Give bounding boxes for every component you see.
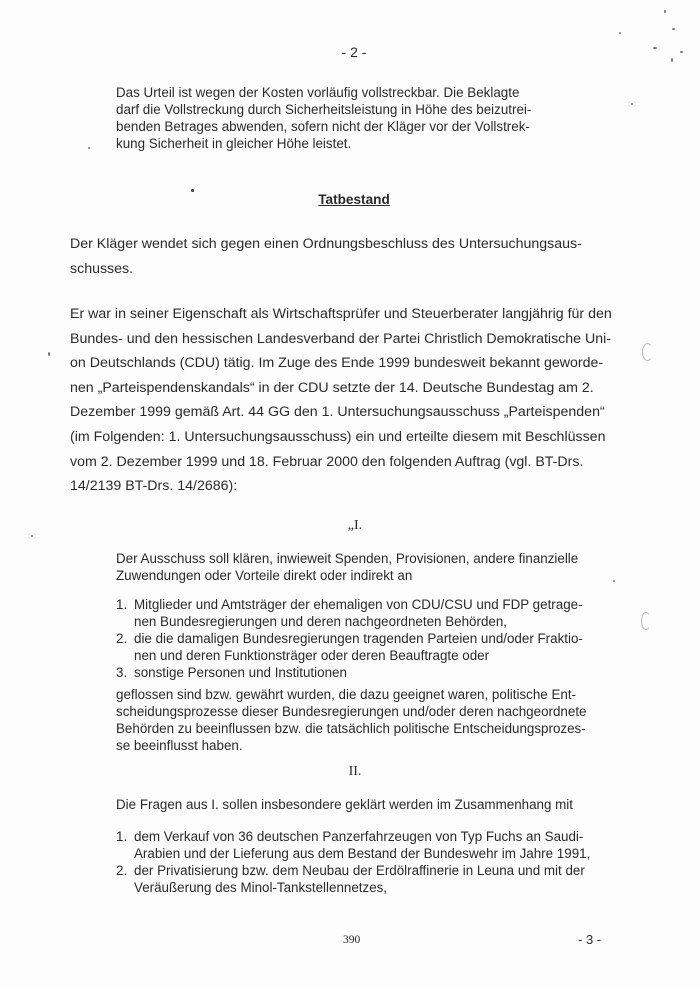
list-item: 3. sonstige Personen und Institutionen [116, 664, 616, 681]
paragraph-line: Der Kläger wendet sich gegen einen Ordnu… [70, 232, 630, 257]
intro-line: benden Betrages abwenden, sofern nicht d… [116, 118, 616, 135]
paragraph-line: nen „Parteispendenskandals“ in der CDU s… [70, 376, 630, 401]
paragraph-line: 14/2139 BT-Drs. 14/2686): [70, 474, 630, 499]
scan-speck [619, 32, 621, 34]
scan-speck [631, 103, 633, 105]
list-item-line: Veräußerung des Minol-Tankstellennetzes, [134, 879, 616, 896]
intro-line: kung Sicherheit in gleicher Höhe leistet… [116, 135, 616, 152]
archive-stamp-number: 390 [343, 934, 360, 946]
scan-artifact-mark [642, 343, 653, 361]
scan-speck [48, 352, 50, 356]
paragraph-line: (im Folgenden: 1. Untersuchungsausschuss… [70, 425, 630, 450]
section-II-list: 1. dem Verkauf von 36 deutschen Panzerfa… [116, 828, 616, 896]
paragraph-1: Der Kläger wendet sich gegen einen Ordnu… [70, 232, 630, 281]
scan-speck [664, 10, 666, 13]
paragraph-line: on Deutschlands (CDU) tätig. Im Zuge des… [70, 351, 630, 376]
scan-speck [88, 147, 90, 149]
scan-speck [613, 580, 615, 582]
list-item-line: nen und deren Funktionsträger oder deren… [134, 647, 616, 664]
section-line: Der Ausschuss soll klären, inwieweit Spe… [116, 550, 616, 567]
list-item: 1. Mitglieder und Amtsträger der ehemali… [116, 596, 616, 630]
scan-speck [671, 58, 673, 62]
list-item-line: Mitglieder und Amtsträger der ehemaligen… [134, 596, 616, 613]
section-I-intro: Der Ausschuss soll klären, inwieweit Spe… [116, 550, 616, 584]
section-label-II: II. [0, 764, 700, 780]
scan-speck [191, 189, 194, 192]
list-item-line: Arabien und der Lieferung aus dem Bestan… [134, 845, 616, 862]
page-number-top: - 2 - [0, 44, 700, 60]
section-line: Zuwendungen oder Vorteile direkt oder in… [116, 567, 616, 584]
paragraph-line: Bundes- und den hessischen Landesverband… [70, 327, 630, 352]
list-item-number: 2. [116, 630, 127, 647]
list-item-number: 2. [116, 862, 127, 879]
section-heading-tatbestand: Tatbestand [0, 192, 700, 207]
section-label-I: „I. [0, 518, 700, 534]
section-line: se beeinflusst haben. [116, 737, 616, 754]
paragraph-2: Er war in seiner Eigenschaft als Wirtsch… [70, 302, 630, 499]
next-page-indicator: - 3 - [578, 932, 601, 947]
section-line: geflossen sind bzw. gewährt wurden, die … [116, 686, 616, 703]
scan-artifact-mark [641, 612, 651, 630]
intro-paragraph: Das Urteil ist wegen der Kosten vorläufi… [116, 84, 616, 152]
section-I-outro: geflossen sind bzw. gewährt wurden, die … [116, 686, 616, 754]
section-II-intro: Die Fragen aus I. sollen insbesondere ge… [116, 796, 616, 813]
paragraph-line: Er war in seiner Eigenschaft als Wirtsch… [70, 302, 630, 327]
list-item-line: dem Verkauf von 36 deutschen Panzerfahrz… [134, 828, 616, 845]
intro-line: darf die Vollstreckung durch Sicherheits… [116, 101, 616, 118]
scan-speck [672, 28, 675, 30]
section-line: scheidungsprozesse dieser Bundesregierun… [116, 703, 616, 720]
list-item-line: die die damaligen Bundesregierungen trag… [134, 630, 616, 647]
intro-line: Das Urteil ist wegen der Kosten vorläufi… [116, 84, 616, 101]
section-line: Behörden zu beeinflussen bzw. die tatsäc… [116, 720, 616, 737]
list-item-number: 1. [116, 828, 127, 845]
list-item: 2. der Privatisierung bzw. dem Neubau de… [116, 862, 616, 896]
list-item-number: 3. [116, 664, 127, 681]
list-item-number: 1. [116, 596, 127, 613]
list-item: 2. die die damaligen Bundesregierungen t… [116, 630, 616, 664]
list-item-line: nen Bundesregierungen und deren nachgeor… [134, 613, 616, 630]
list-item-line: der Privatisierung bzw. dem Neubau der E… [134, 862, 616, 879]
paragraph-line: Dezember 1999 gemäß Art. 44 GG den 1. Un… [70, 400, 630, 425]
scan-speck [31, 535, 33, 537]
list-item-line: sonstige Personen und Institutionen [134, 664, 616, 681]
section-I-list: 1. Mitglieder und Amtsträger der ehemali… [116, 596, 616, 681]
scanned-document-page: - 2 - Das Urteil ist wegen der Kosten vo… [0, 0, 700, 988]
paragraph-line: vom 2. Dezember 1999 und 18. Februar 200… [70, 450, 630, 475]
scan-speck [653, 47, 657, 49]
paragraph-line: schusses. [70, 257, 630, 282]
list-item: 1. dem Verkauf von 36 deutschen Panzerfa… [116, 828, 616, 862]
scan-speck [680, 51, 683, 53]
